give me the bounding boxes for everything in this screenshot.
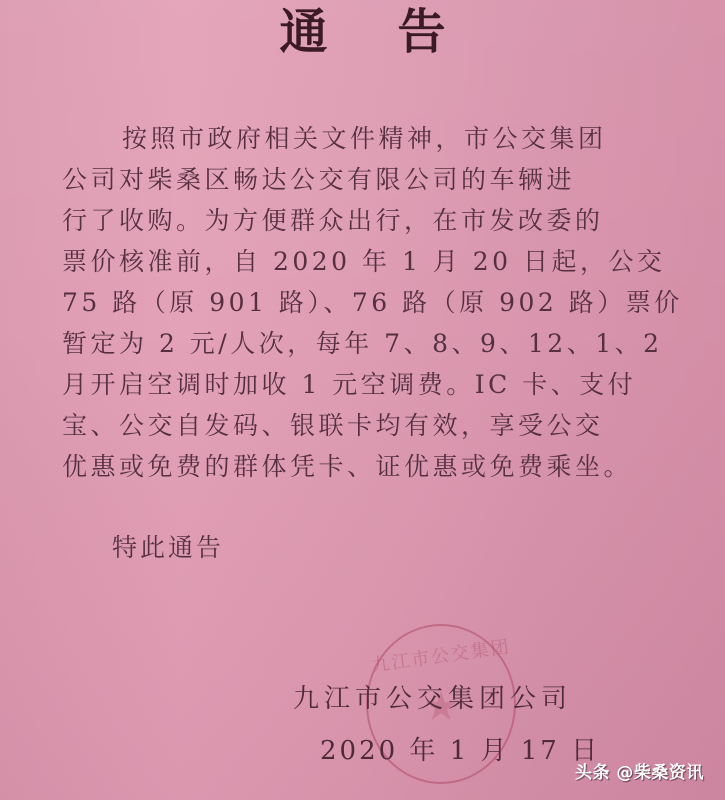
body-line: 公司对柴桑区畅达公交有限公司的车辆进 — [62, 159, 662, 200]
body-line: 宝、公交自发码、银联卡均有效，享受公交 — [62, 405, 662, 446]
body-line: 按照市政府相关文件精神，市公交集团 — [62, 118, 662, 159]
notice-title: 通告 — [0, 2, 725, 62]
watermark: 头条 @柴桑资讯 — [575, 758, 704, 783]
body-line: 行了收购。为方便群众出行，在市发改委的 — [62, 200, 662, 241]
signer-organization: 九江市公交集团公司 — [293, 678, 572, 715]
body-line: 75 路（原 901 路）、76 路（原 902 路）票价 — [62, 282, 662, 323]
body-line: 暂定为 2 元/人次，每年 7、8、9、12、1、2 — [62, 323, 662, 364]
body-line: 优惠或免费的群体凭卡、证优惠或免费乘坐。 — [62, 446, 662, 487]
closing-remark: 特此通告 — [112, 528, 224, 564]
notice-body: 按照市政府相关文件精神，市公交集团 公司对柴桑区畅达公交有限公司的车辆进 行了收… — [62, 118, 662, 487]
body-line: 月开启空调时加收 1 元空调费。IC 卡、支付 — [62, 364, 662, 405]
body-line: 票价核准前，自 2020 年 1 月 20 日起，公交 — [62, 241, 662, 282]
signature-date: 2020 年 1 月 17 日 — [320, 730, 600, 767]
